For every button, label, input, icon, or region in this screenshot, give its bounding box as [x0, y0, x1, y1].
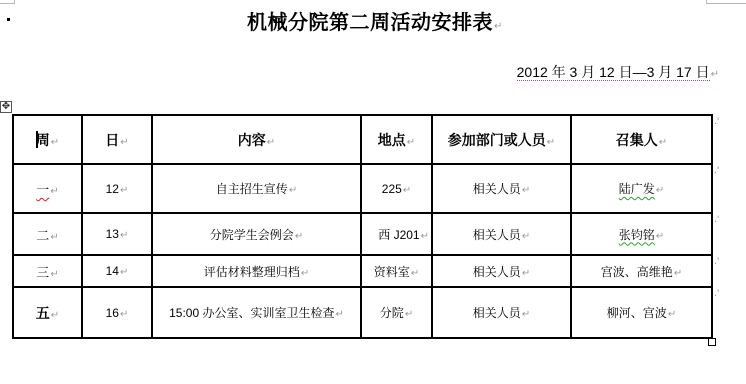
table-row: 五↵ 16↵ 15:00 办公室、实训室卫生检查↵ 分院↵ 相关人员↵ 柳河、宫… — [13, 287, 712, 338]
table-resize-handle-icon[interactable] — [708, 338, 716, 346]
paragraph-mark-icon: ↵ — [668, 309, 676, 320]
paragraph-mark-icon: ↵ — [301, 268, 309, 279]
paragraph-mark-icon: ↵ — [656, 231, 664, 242]
margin-corner-mark-top-right-v — [706, 0, 707, 4]
cell-weekday[interactable]: 二↵ — [13, 213, 82, 255]
paragraph-mark-icon: ↵ — [120, 137, 128, 148]
paragraph-mark-icon: ↵ — [51, 310, 59, 321]
paragraph-mark-icon: ↵ — [656, 185, 664, 196]
cell-weekday[interactable]: 一↵ — [13, 164, 82, 213]
margin-corner-mark-top-left-v — [14, 0, 15, 4]
paragraph-mark-icon: ↵ — [674, 268, 682, 279]
paragraph-mark-icon: ↵ — [407, 137, 415, 148]
table-row: 三↵ 14↵ 评估材料整理归档↵ 资料室↵ 相关人员↵ 宫波、高维艳↵ — [13, 255, 712, 287]
document-title[interactable]: 机械分院第二周活动安排表↵ — [0, 8, 746, 41]
cell-convener[interactable]: 陆广发↵ — [571, 164, 712, 213]
cell-content[interactable]: 分院学生会例会↵ — [152, 213, 361, 255]
paragraph-mark-icon: ↵ — [411, 268, 419, 279]
cell-participants[interactable]: 相关人员↵ — [432, 255, 571, 287]
cell-weekday[interactable]: 三↵ — [13, 255, 82, 287]
paragraph-mark-icon: ↵ — [403, 185, 411, 196]
cell-weekday[interactable]: 五↵ — [13, 287, 82, 338]
header-cell-convener[interactable]: 召集人↵ — [571, 115, 712, 164]
table-row: 一↵ 12↵ 自主招生宣传↵ 225↵ 相关人员↵ 陆广发↵ — [13, 164, 712, 213]
header-cell-day[interactable]: 日↵ — [82, 115, 152, 164]
table-row: 二↵ 13↵ 分院学生会例会↵ 西 J201↵ 相关人员↵ 张钧铭↵ — [13, 213, 712, 255]
cell-participants[interactable]: 相关人员↵ — [432, 164, 571, 213]
cell-day[interactable]: 13↵ — [82, 213, 152, 255]
row-end-mark: .' — [714, 215, 719, 225]
cell-location[interactable]: 西 J201↵ — [361, 213, 432, 255]
title-text[interactable]: 机械分院第二周活动安排表 — [247, 10, 493, 34]
paragraph-mark-icon: ↵ — [522, 309, 530, 320]
header-cell-content[interactable]: 内容↵ — [152, 115, 361, 164]
cell-content[interactable]: 15:00 办公室、实训室卫生检查↵ — [152, 287, 361, 338]
header-cell-weekday[interactable]: 周↵ — [13, 115, 82, 164]
paragraph-mark-icon: ↵ — [50, 269, 58, 280]
paragraph-mark-icon: ↵ — [522, 268, 530, 279]
paragraph-mark-icon: ↵ — [494, 21, 503, 32]
paragraph-mark-icon: ↵ — [120, 230, 128, 241]
paragraph-mark-icon: ↵ — [120, 185, 128, 196]
cell-location[interactable]: 分院↵ — [361, 287, 432, 338]
activity-schedule-table[interactable]: 周↵ 日↵ 内容↵ 地点↵ 参加部门或人员↵ 召集人↵ 一↵ 12↵ 自主招生宣… — [12, 114, 713, 339]
cell-day[interactable]: 12↵ — [82, 164, 152, 213]
paragraph-mark-icon: ↵ — [120, 309, 128, 320]
paragraph-mark-icon: ↵ — [421, 231, 429, 242]
paragraph-mark-icon: ↵ — [711, 69, 719, 80]
cell-location[interactable]: 资料室↵ — [361, 255, 432, 287]
paragraph-mark-icon: ↵ — [335, 309, 343, 320]
row-end-mark: .' — [714, 166, 719, 176]
cell-participants[interactable]: 相关人员↵ — [432, 213, 571, 255]
row-end-mark: .' — [714, 117, 719, 127]
table-move-handle-icon[interactable]: ✥ — [0, 101, 12, 113]
header-cell-participants[interactable]: 参加部门或人员↵ — [432, 115, 571, 164]
paragraph-mark-icon: ↵ — [522, 185, 530, 196]
header-cell-location[interactable]: 地点↵ — [361, 115, 432, 164]
margin-corner-mark-top-left-h — [0, 3, 14, 4]
margin-corner-mark-top-right-h — [706, 3, 746, 4]
cell-content[interactable]: 评估材料整理归档↵ — [152, 255, 361, 287]
paragraph-mark-icon: ↵ — [51, 137, 59, 148]
cell-location[interactable]: 225↵ — [361, 164, 432, 213]
date-range-text[interactable]: 2012 年 3 月 12 日—3 月 17 日 — [517, 64, 710, 81]
cell-convener[interactable]: 宫波、高维艳↵ — [571, 255, 712, 287]
paragraph-mark-icon: ↵ — [289, 185, 297, 196]
cell-convener[interactable]: 柳河、宫波↵ — [571, 287, 712, 338]
paragraph-mark-icon: ↵ — [50, 186, 58, 197]
paragraph-mark-icon: ↵ — [267, 137, 275, 148]
paragraph-mark-icon: ↵ — [522, 231, 530, 242]
row-end-mark: .' — [714, 257, 719, 267]
cell-day[interactable]: 16↵ — [82, 287, 152, 338]
paragraph-mark-icon: ↵ — [50, 232, 58, 243]
row-end-mark: .' — [714, 289, 719, 299]
cell-convener[interactable]: 张钧铭↵ — [571, 213, 712, 255]
cell-content[interactable]: 自主招生宣传↵ — [152, 164, 361, 213]
paragraph-mark-icon: ↵ — [547, 137, 555, 148]
date-range-line[interactable]: 2012 年 3 月 12 日—3 月 17 日↵ — [517, 62, 719, 85]
table-header-row: 周↵ 日↵ 内容↵ 地点↵ 参加部门或人员↵ 召集人↵ — [13, 115, 712, 164]
paragraph-mark-icon: ↵ — [405, 309, 413, 320]
cell-participants[interactable]: 相关人员↵ — [432, 287, 571, 338]
cell-day[interactable]: 14↵ — [82, 255, 152, 287]
paragraph-mark-icon: ↵ — [659, 137, 667, 148]
paragraph-mark-icon: ↵ — [295, 231, 303, 242]
paragraph-mark-icon: ↵ — [120, 267, 128, 278]
